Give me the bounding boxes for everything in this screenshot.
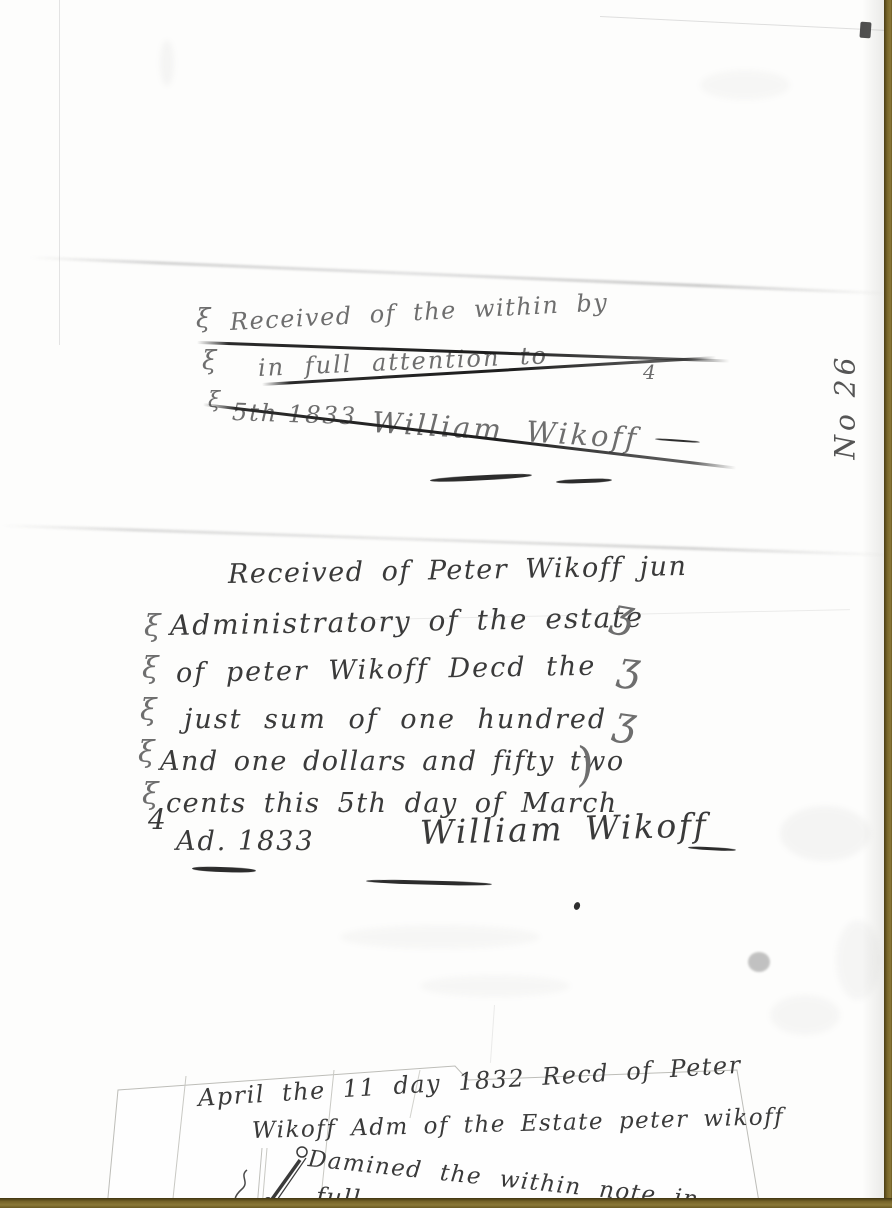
fold-crease-middle bbox=[0, 524, 892, 557]
receipt-line: of peter Wikoff Decd the bbox=[176, 653, 597, 687]
margin-squiggle: ξ bbox=[144, 612, 161, 642]
crossed-note-line: Received of the within by bbox=[229, 290, 608, 334]
flourish-dash bbox=[556, 478, 612, 484]
receipt-line: And one dollars and fifty two bbox=[160, 748, 625, 775]
flourish-dash bbox=[192, 866, 256, 873]
ink-smudge bbox=[770, 995, 840, 1035]
margin-squiggle: ξ bbox=[202, 348, 216, 374]
scanned-receipt-page: ξ ξ ξ Received of the within by in full … bbox=[0, 0, 892, 1208]
flourish-dash bbox=[366, 879, 492, 886]
scan-border-right bbox=[884, 0, 892, 1208]
receipt-line: Administratory of the estate bbox=[170, 604, 645, 640]
ink-dot bbox=[573, 901, 581, 911]
ink-smudge bbox=[420, 975, 570, 997]
margin-numeral: 4 bbox=[148, 806, 166, 834]
signature-flourish bbox=[655, 438, 700, 443]
receipt-signature: William Wikoff bbox=[420, 808, 709, 849]
ink-smudge bbox=[160, 40, 174, 86]
left-paper-edge-line bbox=[59, 0, 60, 345]
receipt-line: just sum of one hundred bbox=[184, 706, 607, 733]
side-squiggle: ʒ bbox=[611, 700, 639, 743]
margin-squiggle: ξ bbox=[140, 696, 157, 726]
top-right-paper-edge-line bbox=[600, 16, 885, 31]
margin-squiggle: ξ bbox=[142, 654, 159, 684]
signature-flourish bbox=[688, 846, 736, 852]
ink-smudge-dark bbox=[748, 952, 770, 972]
receipt-line: Received of Peter Wikoff jun bbox=[228, 553, 688, 588]
side-numeral-mark: 4 bbox=[643, 362, 656, 382]
ink-smudge bbox=[780, 806, 870, 861]
ink-smudge bbox=[340, 925, 540, 949]
right-edge-shading bbox=[862, 0, 884, 1208]
small-vertical-crease bbox=[490, 1005, 495, 1063]
receipt-date: Ad. 1833 bbox=[176, 828, 315, 855]
margin-squiggle: ξ bbox=[196, 306, 210, 332]
margin-squiggle: ξ bbox=[208, 390, 220, 412]
flourish-dash bbox=[430, 473, 532, 483]
fold-crease-upper bbox=[30, 256, 889, 295]
side-squiggle: ʒ bbox=[616, 646, 643, 688]
margin-squiggle: ξ bbox=[138, 738, 155, 768]
docket-number: No 26 bbox=[829, 352, 862, 462]
scan-border-bottom bbox=[0, 1198, 892, 1208]
ink-smudge bbox=[700, 70, 790, 100]
